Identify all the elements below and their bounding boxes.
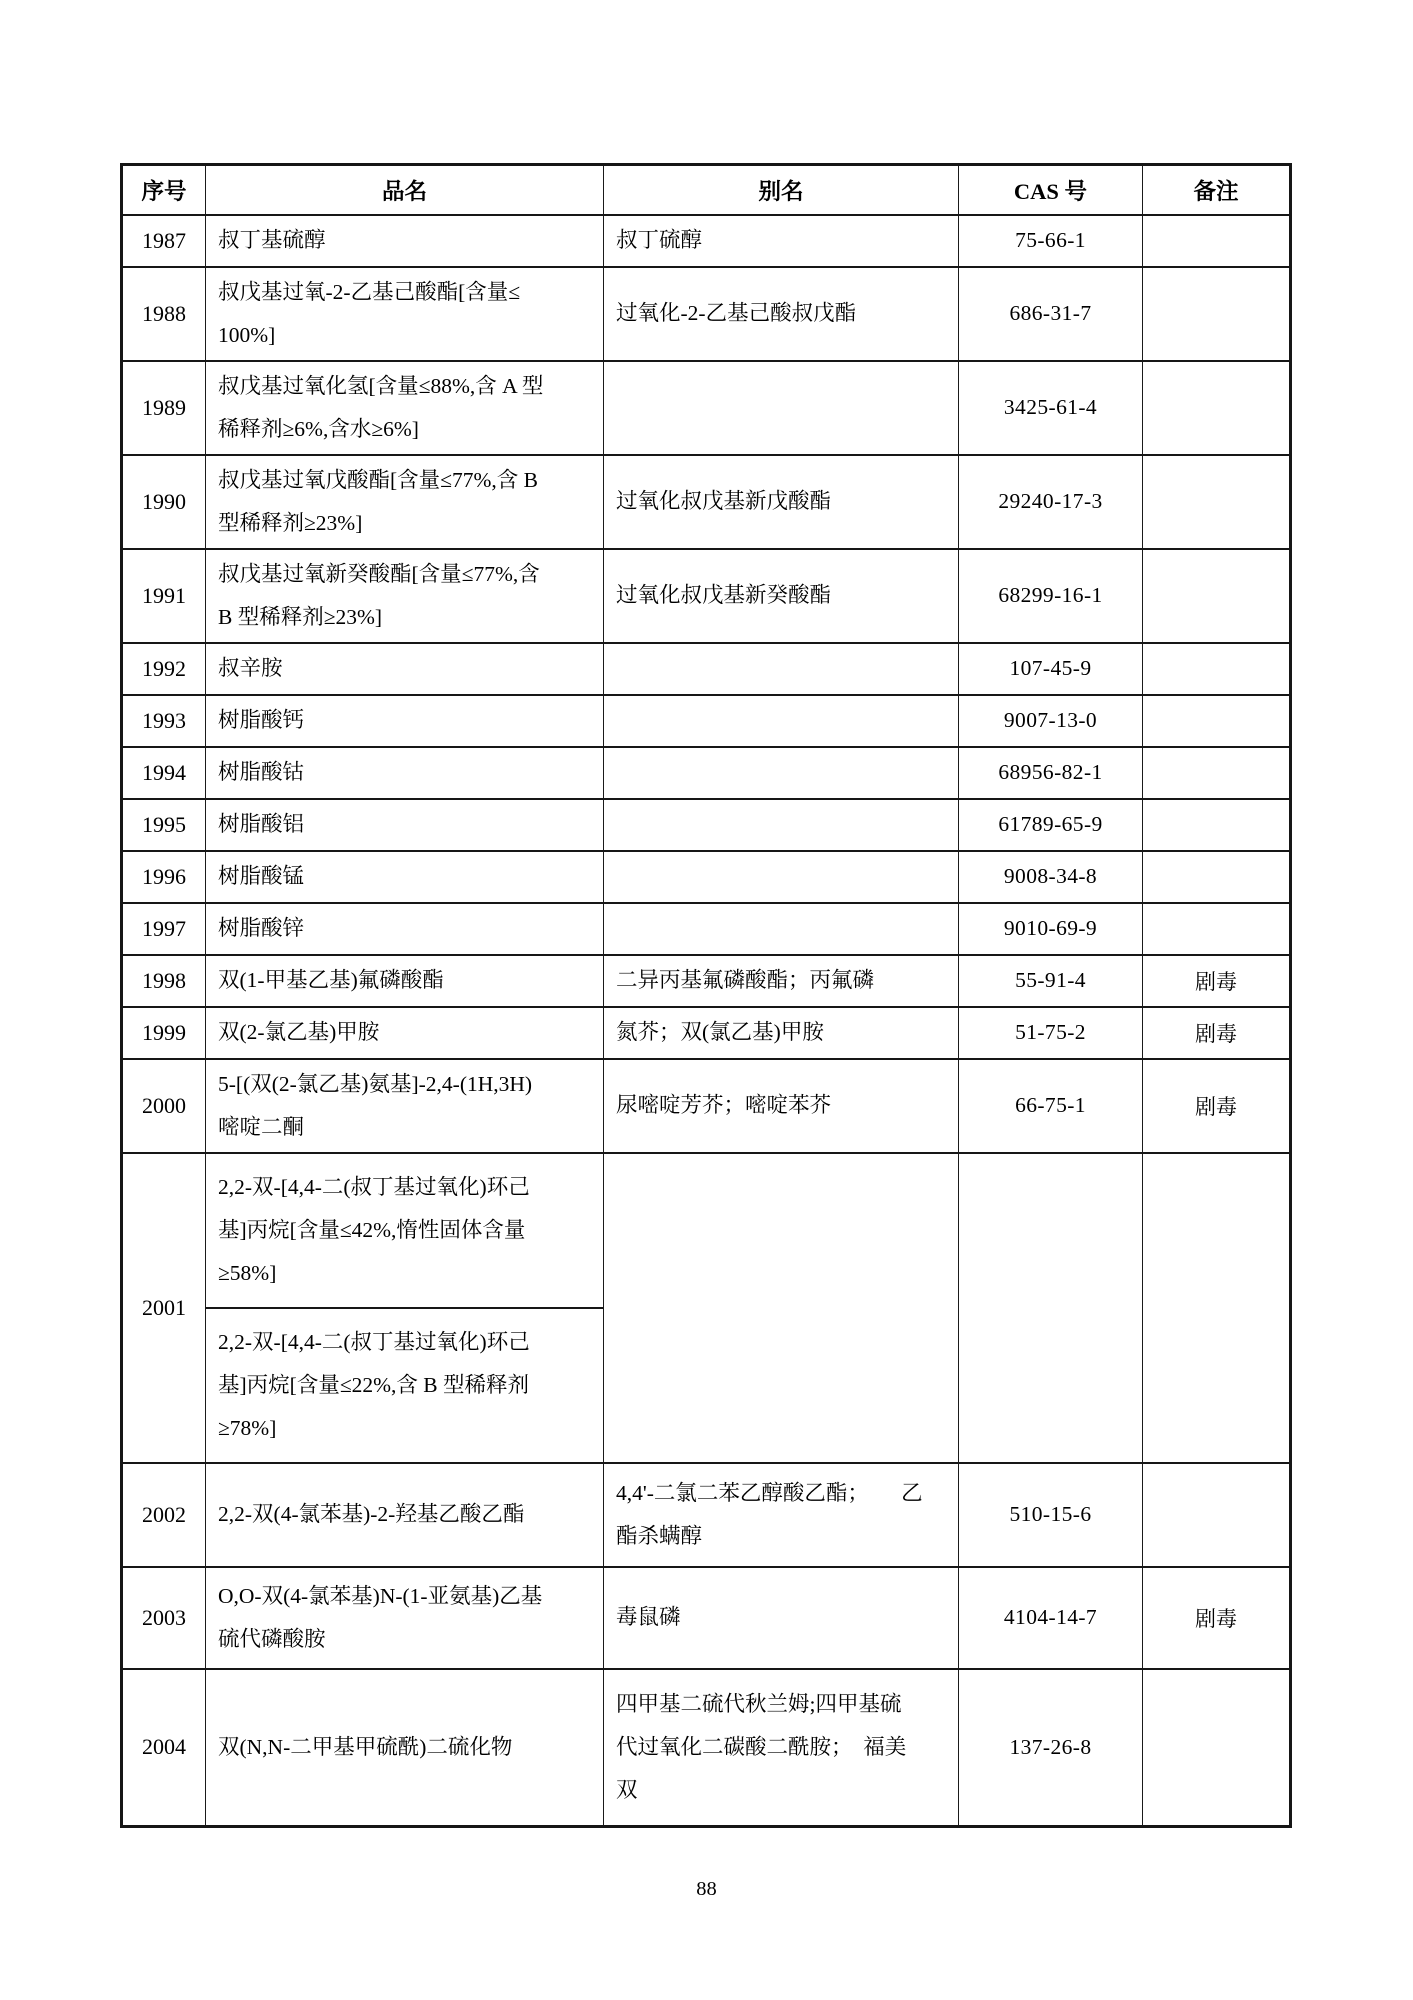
cell-cas-number: 61789-65-9 [959, 799, 1143, 851]
cell-alias: 4,4'-二氯二苯乙醇酸乙酯； 乙 酯杀螨醇 [604, 1463, 959, 1567]
cell-product-name: 2,2-双-[4,4-二(叔丁基过氧化)环己 基]丙烷[含量≤42%,惰性固体含… [206, 1153, 604, 1308]
cell-product-name: 叔辛胺 [206, 643, 604, 695]
cell-serial-number: 1995 [122, 799, 206, 851]
cell-product-name: 叔戊基过氧化氢[含量≤88%,含 A 型 稀释剂≥6%,含水≥6%] [206, 361, 604, 455]
cell-serial-number: 1991 [122, 549, 206, 643]
cell-serial-number: 2003 [122, 1567, 206, 1669]
cell-serial-number: 2000 [122, 1059, 206, 1153]
cell-serial-number: 1997 [122, 903, 206, 955]
cell-cas-number: 107-45-9 [959, 643, 1143, 695]
cell-remark [1143, 267, 1291, 361]
cell-cas-number: 510-15-6 [959, 1463, 1143, 1567]
col-header-cas-number: CAS 号 [959, 165, 1143, 215]
cell-remark [1143, 643, 1291, 695]
cell-serial-number: 1989 [122, 361, 206, 455]
cell-alias [604, 799, 959, 851]
table-row: 1993树脂酸钙9007-13-0 [122, 695, 1291, 747]
cell-serial-number: 2002 [122, 1463, 206, 1567]
cell-product-name: 树脂酸钙 [206, 695, 604, 747]
cell-remark [1143, 1153, 1291, 1463]
cell-cas-number: 9010-69-9 [959, 903, 1143, 955]
cell-alias [604, 747, 959, 799]
cell-remark [1143, 1669, 1291, 1827]
cell-remark [1143, 549, 1291, 643]
cell-product-name: 树脂酸钴 [206, 747, 604, 799]
cell-alias [604, 903, 959, 955]
cell-product-name: 树脂酸锌 [206, 903, 604, 955]
cell-product-name: 叔戊基过氧-2-乙基己酸酯[含量≤ 100%] [206, 267, 604, 361]
cell-serial-number: 2004 [122, 1669, 206, 1827]
cell-remark: 剧毒 [1143, 955, 1291, 1007]
cell-serial-number: 1987 [122, 215, 206, 267]
cell-alias: 二异丙基氟磷酸酯；丙氟磷 [604, 955, 959, 1007]
cell-remark [1143, 851, 1291, 903]
cell-product-name: 叔戊基过氧戊酸酯[含量≤77%,含 B 型稀释剂≥23%] [206, 455, 604, 549]
header-row: 序号 品名 别名 CAS 号 备注 [122, 165, 1291, 215]
cell-remark: 剧毒 [1143, 1059, 1291, 1153]
cell-product-name: O,O-双(4-氯苯基)N-(1-亚氨基)乙基 硫代磷酸胺 [206, 1567, 604, 1669]
cell-cas-number: 9008-34-8 [959, 851, 1143, 903]
table-row: 1989叔戊基过氧化氢[含量≤88%,含 A 型 稀释剂≥6%,含水≥6%]34… [122, 361, 1291, 455]
table-row: 1987叔丁基硫醇叔丁硫醇75-66-1 [122, 215, 1291, 267]
cell-remark [1143, 695, 1291, 747]
table-row: 1997树脂酸锌9010-69-9 [122, 903, 1291, 955]
cell-alias [604, 695, 959, 747]
cell-remark [1143, 799, 1291, 851]
document-page: 序号 品名 别名 CAS 号 备注 1987叔丁基硫醇叔丁硫醇75-66-119… [0, 0, 1413, 2000]
cell-cas-number: 3425-61-4 [959, 361, 1143, 455]
cell-serial-number: 1990 [122, 455, 206, 549]
cell-cas-number: 4104-14-7 [959, 1567, 1143, 1669]
table-row: 2004双(N,N-二甲基甲硫酰)二硫化物四甲基二硫代秋兰姆;四甲基硫 代过氧化… [122, 1669, 1291, 1827]
cell-serial-number: 1993 [122, 695, 206, 747]
cell-alias: 叔丁硫醇 [604, 215, 959, 267]
cell-alias: 过氧化叔戊基新癸酸酯 [604, 549, 959, 643]
cell-cas-number [959, 1153, 1143, 1463]
table-row: 1992叔辛胺107-45-9 [122, 643, 1291, 695]
table-row: 1996树脂酸锰9008-34-8 [122, 851, 1291, 903]
cell-product-name: 2,2-双(4-氯苯基)-2-羟基乙酸乙酯 [206, 1463, 604, 1567]
table-row: 1991叔戊基过氧新癸酸酯[含量≤77%,含 B 型稀释剂≥23%]过氧化叔戊基… [122, 549, 1291, 643]
cell-remark [1143, 215, 1291, 267]
cell-cas-number: 75-66-1 [959, 215, 1143, 267]
cell-serial-number: 1988 [122, 267, 206, 361]
cell-remark [1143, 1463, 1291, 1567]
cell-cas-number: 55-91-4 [959, 955, 1143, 1007]
cell-remark [1143, 455, 1291, 549]
chemicals-table: 序号 品名 别名 CAS 号 备注 1987叔丁基硫醇叔丁硫醇75-66-119… [120, 163, 1292, 1828]
cell-serial-number: 1996 [122, 851, 206, 903]
cell-alias [604, 643, 959, 695]
cell-serial-number: 1998 [122, 955, 206, 1007]
col-header-product-name: 品名 [206, 165, 604, 215]
cell-cas-number: 9007-13-0 [959, 695, 1143, 747]
cell-cas-number: 686-31-7 [959, 267, 1143, 361]
cell-product-name: 叔戊基过氧新癸酸酯[含量≤77%,含 B 型稀释剂≥23%] [206, 549, 604, 643]
cell-product-name: 树脂酸锰 [206, 851, 604, 903]
table-row: 20022,2-双(4-氯苯基)-2-羟基乙酸乙酯4,4'-二氯二苯乙醇酸乙酯；… [122, 1463, 1291, 1567]
table-row: 1994树脂酸钴68956-82-1 [122, 747, 1291, 799]
table-row: 1990叔戊基过氧戊酸酯[含量≤77%,含 B 型稀释剂≥23%]过氧化叔戊基新… [122, 455, 1291, 549]
cell-cas-number: 66-75-1 [959, 1059, 1143, 1153]
cell-product-name: 叔丁基硫醇 [206, 215, 604, 267]
table-row: 1999双(2-氯乙基)甲胺氮芥；双(氯乙基)甲胺51-75-2剧毒 [122, 1007, 1291, 1059]
cell-alias: 过氧化-2-乙基己酸叔戊酯 [604, 267, 959, 361]
table-row: 1998双(1-甲基乙基)氟磷酸酯二异丙基氟磷酸酯；丙氟磷55-91-4剧毒 [122, 955, 1291, 1007]
cell-remark [1143, 361, 1291, 455]
cell-product-name: 5-[(双(2-氯乙基)氨基]-2,4-(1H,3H) 嘧啶二酮 [206, 1059, 604, 1153]
col-header-alias: 别名 [604, 165, 959, 215]
cell-alias [604, 361, 959, 455]
table-row: 1988叔戊基过氧-2-乙基己酸酯[含量≤ 100%]过氧化-2-乙基己酸叔戊酯… [122, 267, 1291, 361]
cell-remark: 剧毒 [1143, 1007, 1291, 1059]
cell-alias: 毒鼠磷 [604, 1567, 959, 1669]
cell-serial-number: 1994 [122, 747, 206, 799]
page-number: 88 [0, 1878, 1413, 1901]
table-row: 20012,2-双-[4,4-二(叔丁基过氧化)环己 基]丙烷[含量≤42%,惰… [122, 1153, 1291, 1308]
col-header-remark: 备注 [1143, 165, 1291, 215]
cell-product-name: 双(N,N-二甲基甲硫酰)二硫化物 [206, 1669, 604, 1827]
cell-product-name: 双(2-氯乙基)甲胺 [206, 1007, 604, 1059]
table-row: 20005-[(双(2-氯乙基)氨基]-2,4-(1H,3H) 嘧啶二酮尿嘧啶芳… [122, 1059, 1291, 1153]
cell-product-name: 树脂酸铝 [206, 799, 604, 851]
cell-cas-number: 68956-82-1 [959, 747, 1143, 799]
cell-cas-number: 51-75-2 [959, 1007, 1143, 1059]
cell-remark [1143, 903, 1291, 955]
cell-serial-number: 1999 [122, 1007, 206, 1059]
cell-cas-number: 29240-17-3 [959, 455, 1143, 549]
table-row: 1995树脂酸铝61789-65-9 [122, 799, 1291, 851]
cell-cas-number: 68299-16-1 [959, 549, 1143, 643]
cell-alias [604, 851, 959, 903]
cell-remark [1143, 747, 1291, 799]
col-header-serial: 序号 [122, 165, 206, 215]
cell-serial-number: 1992 [122, 643, 206, 695]
cell-alias [604, 1153, 959, 1463]
cell-product-name: 2,2-双-[4,4-二(叔丁基过氧化)环己 基]丙烷[含量≤22%,含 B 型… [206, 1308, 604, 1463]
table-row: 2003O,O-双(4-氯苯基)N-(1-亚氨基)乙基 硫代磷酸胺毒鼠磷4104… [122, 1567, 1291, 1669]
cell-alias: 尿嘧啶芳芥；嘧啶苯芥 [604, 1059, 959, 1153]
cell-product-name: 双(1-甲基乙基)氟磷酸酯 [206, 955, 604, 1007]
cell-remark: 剧毒 [1143, 1567, 1291, 1669]
cell-alias: 氮芥；双(氯乙基)甲胺 [604, 1007, 959, 1059]
cell-alias: 四甲基二硫代秋兰姆;四甲基硫 代过氧化二碳酸二酰胺； 福美 双 [604, 1669, 959, 1827]
cell-alias: 过氧化叔戊基新戊酸酯 [604, 455, 959, 549]
cell-cas-number: 137-26-8 [959, 1669, 1143, 1827]
cell-serial-number: 2001 [122, 1153, 206, 1463]
